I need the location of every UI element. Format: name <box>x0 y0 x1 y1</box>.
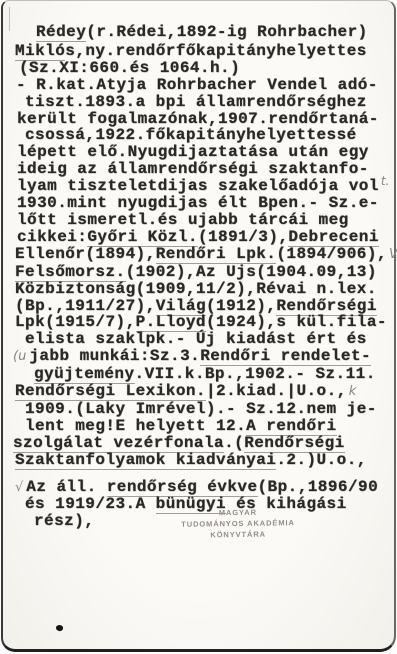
library-stamp: MAGYAR TUDOMÁNYOS AKADÉMIA KÖNYVTÁRA <box>163 506 313 541</box>
typed-line: (ujabb munkái:Sz.3.Rendőri rendelet- <box>3 348 394 366</box>
card-paper: Rédey(r.Rédei,1892-ig Rohrbacher)Miklós,… <box>1 0 396 652</box>
typed-line: (Bp.,1911/27),Világ(1912),Rendőrségi <box>3 298 394 315</box>
underlined-text: Rendőri Lpk. <box>156 245 277 264</box>
typed-line: ideig az államrendőrségi szaktanfo- <box>3 161 394 178</box>
pencil-mark: k <box>349 384 357 399</box>
typed-line: Lpk(1915/7),P.Lloyd(1924),s kül.fila- <box>3 314 394 331</box>
typed-line: Ellenőr(1894),Rendőri Lpk.(1894/906),V <box>3 246 394 264</box>
underlined-text: szolgálat vezérfonala <box>13 434 224 453</box>
typed-line: csossá,1922.főkapitányhelyettessé <box>3 127 394 144</box>
typed-line: tiszt.1893.a bpi államrendőrséghez <box>3 94 394 111</box>
typed-line: elista szaklpk.- Új kiadást ért és <box>3 331 394 348</box>
typed-line: - R.kat.Atyja Rohrbacher Vendel adó- <box>3 77 394 94</box>
underlined-text: A rendőri <box>246 417 336 436</box>
underlined-text: Rédey <box>36 23 86 42</box>
typed-line: √Az áll. rendőrség évkve(Bp.,1896/90 <box>3 479 394 497</box>
pencil-mark: √ <box>15 480 23 495</box>
typed-line: Felsőmorsz.(1902),Az Ujs(1904.09,13) <box>3 264 394 281</box>
underlined-text: Rendőri rendelet- <box>200 347 371 366</box>
typed-line: Közbiztonság(1909,11/2),Révai n.lex. <box>3 281 394 298</box>
underlined-text: Felsőmorsz. <box>15 263 126 282</box>
typed-line: Miklós,ny.rendőrfőkapitányhelyettes <box>3 43 394 60</box>
typed-line: lyam tiszteletdijas szakelőadója volt. <box>3 178 394 195</box>
typed-line: Rédey(r.Rédei,1892-ig Rohrbacher) <box>3 24 394 41</box>
typed-line: lépett elő.Nyugdijaztatása után egy <box>3 144 394 161</box>
typed-line: cikkei:Győri Közl.(1891/3),Debreceni <box>3 229 394 246</box>
typed-line: 1909.(Laky Imrével).- Sz.12.nem je- <box>3 401 394 418</box>
underlined-text: rendőrség évkve <box>107 478 258 497</box>
typed-text: Rédey(r.Rédei,1892-ig Rohrbacher)Miklós,… <box>3 24 394 530</box>
catalog-card-scan: Rédey(r.Rédei,1892-ig Rohrbacher)Miklós,… <box>0 0 397 654</box>
typed-line: szolgálat vezérfonala.(Rendőrségi <box>3 435 394 452</box>
typed-line: (Sz.XI:660.és 1064.h.) <box>3 60 394 77</box>
pencil-mark: V <box>389 247 397 262</box>
ink-blot <box>55 624 64 632</box>
typed-line: Szaktanfolyamok kiadványai.2.)U.o., <box>3 452 394 469</box>
typed-line: gyüjtemény.VII.k.Bp.,1902.- Sz.11. <box>3 366 394 383</box>
underlined-text: Rendőrségi Lexikon. <box>15 382 206 401</box>
typed-line: Rendőrségi Lexikon.|2.kiad.|U.o.,k <box>3 383 394 401</box>
underlined-text: Szaktanfolyamok kiadványai <box>15 451 276 470</box>
typed-line: került fogalmazónak,1907.rendőrtaná- <box>3 111 394 128</box>
underlined-text: Rendőrségi <box>244 434 345 453</box>
stamp-line: KÖNYVTÁRA <box>163 528 313 541</box>
typed-line: lent meg!E helyett 12.A rendőri <box>3 418 394 435</box>
typed-line: lőtt ismeretl.és ujabb tárcái meg <box>3 212 394 229</box>
typed-line: 1930.mint nyugdijas élt Bpen.- Sz.e- <box>3 195 394 212</box>
pencil-mark: t. <box>381 174 390 188</box>
pencil-mark: (u <box>13 349 26 364</box>
